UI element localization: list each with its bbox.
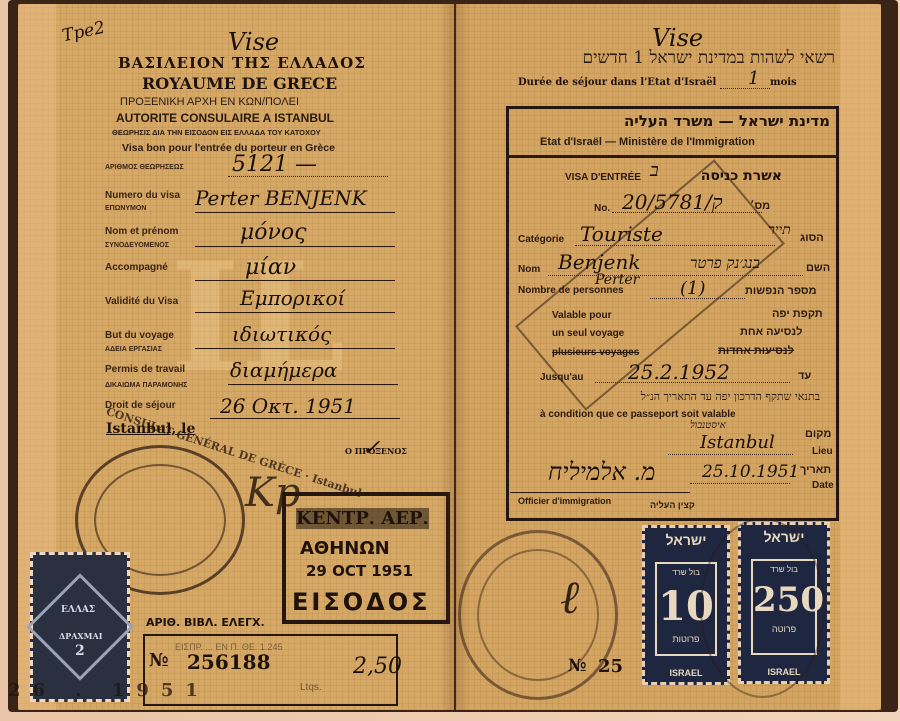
- valid-label-hebrew: תקפת יפה: [772, 308, 823, 320]
- date-label-hebrew: תאריך: [800, 464, 831, 476]
- header-french: ROYAUME DE GRECE: [142, 74, 337, 93]
- until-label: Jusqu'au: [540, 372, 584, 383]
- place-value-hebrew: איסטנבול: [690, 420, 726, 431]
- single-trip-hebrew: לנסיעה אחת: [740, 326, 802, 338]
- authority-greek: ΠΡΟΞΕΝΙΚΗ ΑΡΧΗ ΕΝ ΚΩΝ/ΠΟΛΕΙ: [120, 96, 299, 108]
- field-label-french: Accompagné: [105, 262, 168, 273]
- date-value: 25.10.1951: [702, 462, 799, 482]
- box-header-french: Etat d'Israël — Ministère de l'Immigrati…: [540, 136, 755, 148]
- field-label-greek: ΑΡΙΘΜΟΣ ΘΕΩΡΗΣΕΩΣ: [105, 164, 184, 171]
- duration-french: Durée de séjour dans l'Etat d'Israël: [518, 77, 716, 88]
- place-label-hebrew: מקום: [805, 428, 831, 440]
- visa-for-greek: ΘΕΩΡΗΣΙΣ ΔΙΑ ΤΗΝ ΕΙΣΟΔΟΝ ΕΙΣ ΕΛΛΑΔΑ ΤΟΥ …: [112, 128, 321, 137]
- name-value-hebrew: בנג׳נק פרטר: [690, 254, 760, 273]
- field-label-french: Nom et prénom: [105, 226, 178, 237]
- receipt-box: ΕΙΣΠΡ. ... ΕΝ Π. ΘΕ. 1.245 № 256188 Ltqs…: [143, 634, 398, 706]
- header-greek: ΒΑΣΙΛΕΙΟΝ ΤΗΣ ΕΛΛΑΔΟΣ: [118, 54, 366, 72]
- name-label-hebrew: השם: [806, 262, 830, 274]
- visa-entry-hebrew: אשרת כניסה: [672, 168, 782, 184]
- duration-unit: mois: [770, 77, 797, 88]
- field-value-visa-number: 5121 —: [232, 152, 317, 177]
- field-value-purpose: Εμπορικοί: [240, 286, 345, 310]
- name-value: Benjenk: [558, 250, 640, 274]
- box-header-hebrew: מדינת ישראל — משרד העליה: [520, 112, 830, 130]
- place-label: Lieu: [812, 446, 833, 457]
- field-value-validity: μίαν: [245, 255, 296, 280]
- field-label-greek: ΕΠΩΝΥΜΟΝ: [105, 205, 146, 212]
- category-label-hebrew: הסוג: [800, 232, 824, 244]
- field-label-french: Permis de travail: [105, 364, 185, 375]
- field-label-french: Validité du Visa: [105, 296, 178, 307]
- persons-label-hebrew: מספר הנפשות: [745, 285, 817, 297]
- persons-label: Nombre de personnes: [518, 285, 624, 296]
- vise-handwritten: Vise: [228, 28, 279, 56]
- persons-value: (1): [680, 278, 706, 299]
- right-receipt-number: 25: [598, 656, 623, 677]
- stamp-cancellation-mark: [700, 518, 825, 698]
- place-date-value: 26 Οκτ. 1951: [220, 394, 356, 418]
- officer-signature: מ. אלמיליח: [548, 458, 655, 487]
- date-label: Date: [812, 480, 834, 491]
- receipt-amount: 2,50: [353, 654, 402, 679]
- visa-entry-french: VISA D'ENTRÉE: [565, 172, 641, 183]
- category-value: Touriste: [580, 222, 663, 246]
- name-label: Nom: [518, 264, 540, 275]
- until-value: 25.2.1952: [628, 360, 730, 384]
- consul-checkmark: ✓: [362, 436, 380, 461]
- single-trip-option: un seul voyage: [552, 328, 624, 339]
- multiple-trips-hebrew-struck: לנסיעות אחדות: [718, 345, 794, 357]
- israeli-consulate-seal: [458, 530, 618, 700]
- visa-entry-mark: ב: [650, 160, 659, 181]
- authority-french: AUTORITE CONSULAIRE A ISTANBUL: [116, 111, 334, 125]
- field-label-greek: ΣΥΝΟΔΕΥΟΜΕΝΟΣ: [105, 242, 169, 249]
- right-page-margin: [840, 4, 881, 710]
- condition-hebrew: בתנאי שתקף הדרכון יפה עד התאריך הנ״ל: [540, 390, 820, 403]
- until-label-hebrew: עד: [798, 370, 811, 382]
- field-value-name: Perter BENJENK: [195, 186, 367, 210]
- condition-french: à condition que ce passeport soit valabl…: [540, 409, 736, 420]
- field-value-stay: διαμήμερα: [230, 358, 337, 382]
- control-label: ΑΡΙΘ. ΒΙΒΛ. ΕΛΕΓΧ.: [146, 616, 265, 629]
- duration-hebrew: רשאי לשהות במדינת ישראל 1 חדשים: [500, 48, 835, 68]
- no-label-hebrew: מס׳: [750, 200, 770, 212]
- athens-entry-stamp: ΚΕΝΤΡ. ΑΕΡ. ΑΘΗΝΩΝ 29 OCT 1951 ΕΙΣΟΔΟΣ: [282, 492, 450, 624]
- category-label: Catégorie: [518, 234, 564, 245]
- field-label-greek: ΔΙΚΑΙΩΜΑ ΠΑΡΑΜΟΝΗΣ: [105, 382, 187, 389]
- right-receipt-prefix: №: [568, 656, 586, 676]
- seal-signature: ℓ: [560, 570, 579, 624]
- valid-label: Valable pour: [552, 310, 611, 321]
- officer-label: Officier d'immigration: [518, 496, 611, 506]
- officer-label-hebrew: קצין העליה: [650, 500, 695, 510]
- field-label-french: Numero du visa: [105, 190, 180, 201]
- field-label-french: But du voyage: [105, 330, 174, 341]
- field-label-greek: ΑΔΕΙΑ ΕΡΓΑΣΙΑΣ: [105, 346, 162, 353]
- category-value-hebrew: תייר: [768, 222, 791, 239]
- receipt-number: 256188: [187, 650, 271, 674]
- field-value-accompanied: μόνος: [240, 220, 306, 245]
- place-value: Istanbul: [700, 432, 775, 453]
- no-label: No.: [594, 203, 610, 214]
- multiple-trips-option-struck: plusieurs voyages: [552, 347, 639, 358]
- field-value-business: ιδιωτικός: [232, 322, 331, 346]
- duration-value: 1: [748, 68, 759, 89]
